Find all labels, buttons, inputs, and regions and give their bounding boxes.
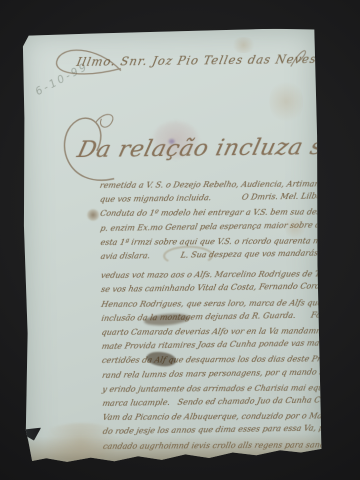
foxing-spot (230, 37, 256, 53)
body-paragraph: veduas vot mazo aos o Alfs. Marcelino Ro… (99, 266, 326, 453)
tear-notch (15, 424, 41, 441)
body-line: inclusão da la montagem dejunas da R. Gu… (100, 308, 328, 326)
body-paragraph: remetida a V. S. o Dezejo Rebelho, Audie… (98, 176, 324, 264)
body-line: avia dislara. L. Sua despeza que vos man… (99, 246, 327, 264)
addressee-line: Illmo. Snr. Joz Pio Telles das Neves (75, 52, 318, 69)
foxing-spot (269, 78, 304, 124)
body-line: candado augrhoimnd ievis crollo alls reg… (102, 438, 330, 454)
body-line: marca lucample. Sendo ed chamado Juo da … (101, 393, 329, 411)
opening-line: Da relação incluza será (75, 134, 360, 164)
manuscript-paper: 6-10-99 Illmo. Snr. Joz Pio Telles das N… (20, 28, 321, 463)
body-line: p. enzim Ex.mo General pela esperança ma… (99, 218, 327, 236)
body-line: do rode jesje los annos que dima esses p… (101, 422, 329, 440)
body-line: se vos has caminhando Vital da Costa, Fe… (100, 280, 328, 298)
body-text: remetida a V. S. o Dezejo Rebelho, Audie… (98, 176, 326, 454)
body-line: rand rela lumns dos mars personagens, po… (101, 365, 329, 383)
photo-background: 6-10-99 Illmo. Snr. Joz Pio Telles das N… (0, 0, 360, 480)
